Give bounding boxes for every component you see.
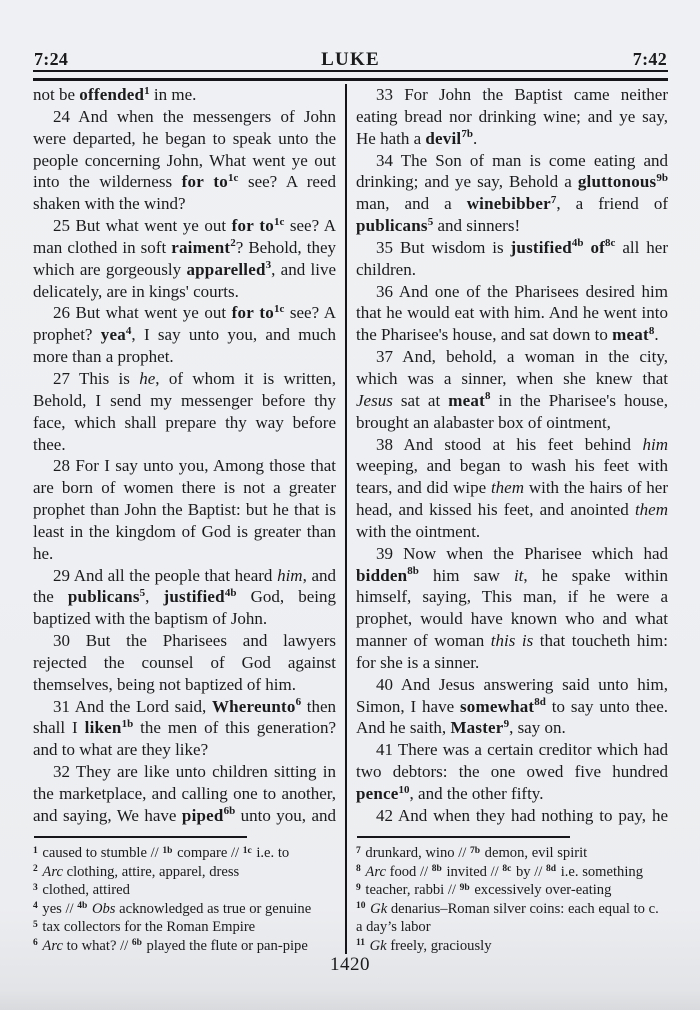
- footnote: 1 caused to stumble // 1b compare // 1c …: [33, 844, 336, 863]
- left-column: not be offended1 in me.24 And when the m…: [33, 84, 345, 956]
- left-footnote-rule: [34, 836, 247, 838]
- footnote: 4 yes // 4b Obs acknowledged as true or …: [33, 900, 336, 919]
- verse: 31 And the Lord said, Whereunto6 then sh…: [33, 696, 336, 762]
- running-head: 7:24 LUKE 7:42: [34, 49, 667, 71]
- verse: 39 Now when the Pharisee which had bidde…: [356, 543, 668, 674]
- page-number: 1420: [0, 954, 700, 976]
- right-column: 33 For John the Baptist came neither eat…: [347, 84, 668, 956]
- footnote: 9 teacher, rabbi // 9b excessively over-…: [356, 881, 668, 900]
- footnote: 2 Arc clothing, attire, apparel, dress: [33, 863, 336, 882]
- verse: not be offended1 in me.: [33, 84, 336, 106]
- footnote: 5 tax collectors for the Roman Empire: [33, 918, 336, 937]
- right-verses: 33 For John the Baptist came neither eat…: [356, 84, 668, 828]
- verse: 34 The Son of man is come eating and dri…: [356, 150, 668, 237]
- verse: 33 For John the Baptist came neither eat…: [356, 84, 668, 150]
- verse: 27 This is he, of whom it is written, Be…: [33, 368, 336, 455]
- footnote: 8 Arc food // 8b invited // 8c by // 8d …: [356, 863, 668, 882]
- footnote: 6 Arc to what? // 6b played the flute or…: [33, 937, 336, 956]
- verse: 41 There was a certain creditor which ha…: [356, 739, 668, 805]
- left-verses: not be offended1 in me.24 And when the m…: [33, 84, 336, 828]
- text-columns: not be offended1 in me.24 And when the m…: [33, 84, 668, 956]
- right-footnotes: 7 drunkard, wino // 7b demon, evil spiri…: [356, 844, 668, 955]
- verse: 25 But what went ye out for to1c see? A …: [33, 215, 336, 302]
- verse-ref-left: 7:24: [34, 49, 68, 70]
- footnote: 3 clothed, attired: [33, 881, 336, 900]
- verse: 42 And when they had nothing to pay, he …: [356, 805, 668, 828]
- book-title: LUKE: [321, 49, 380, 71]
- left-footnotes: 1 caused to stumble // 1b compare // 1c …: [33, 844, 336, 955]
- footnote: 10 Gk denarius–Roman silver coins: each …: [356, 900, 668, 937]
- verse: 30 But the Pharisees and lawyers rejecte…: [33, 630, 336, 696]
- footnote: 11 Gk freely, graciously: [356, 937, 668, 956]
- verse-ref-right: 7:42: [633, 49, 667, 70]
- verse: 32 They are like unto children sitting i…: [33, 761, 336, 828]
- verse: 40 And Jesus answering said unto him, Si…: [356, 674, 668, 740]
- verse: 29 And all the people that heard him, an…: [33, 565, 336, 631]
- header-rule: [33, 70, 668, 81]
- verse: 37 And, behold, a woman in the city, whi…: [356, 346, 668, 433]
- verse: 38 And stood at his feet behind him weep…: [356, 434, 668, 543]
- verse: 24 And when the messengers of John were …: [33, 106, 336, 215]
- footnote: 7 drunkard, wino // 7b demon, evil spiri…: [356, 844, 668, 863]
- verse: 26 But what went ye out for to1c see? A …: [33, 302, 336, 368]
- verse: 28 For I say unto you, Among those that …: [33, 455, 336, 564]
- right-footnote-rule: [357, 836, 570, 838]
- verse: 36 And one of the Pharisees desired him …: [356, 281, 668, 347]
- scanned-bible-page: 7:24 LUKE 7:42 not be offended1 in me.24…: [0, 0, 700, 1010]
- verse: 35 But wisdom is justified4b of8c all he…: [356, 237, 668, 281]
